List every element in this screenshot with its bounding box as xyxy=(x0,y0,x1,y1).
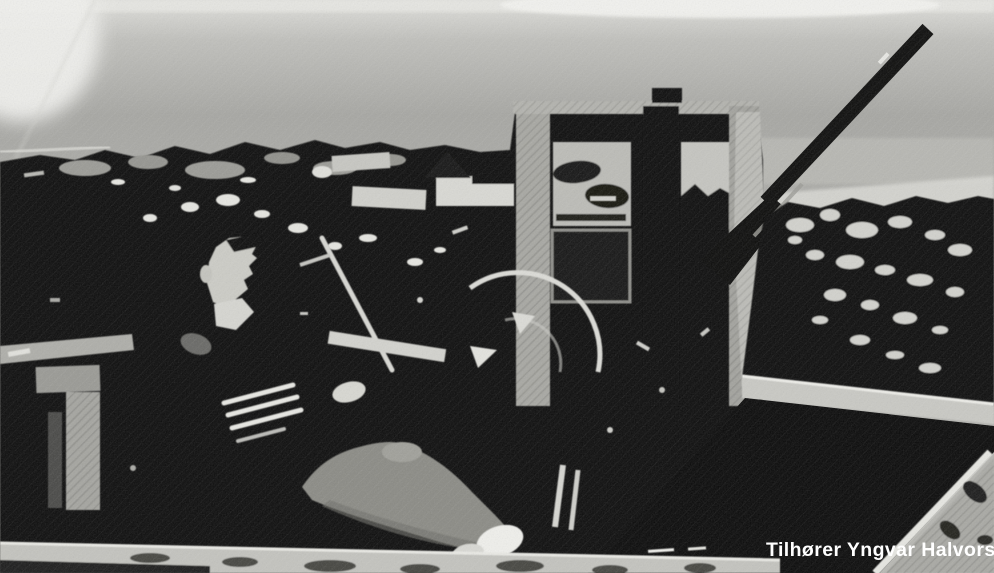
historical-photo: Tilhører Yngvar Halvorsen xyxy=(0,0,994,573)
scan-hatch-overlay xyxy=(0,0,994,573)
photo-credit-text: Tilhører Yngvar Halvorsen xyxy=(766,539,994,561)
photo-canvas: Tilhører Yngvar Halvorsen xyxy=(0,0,994,573)
